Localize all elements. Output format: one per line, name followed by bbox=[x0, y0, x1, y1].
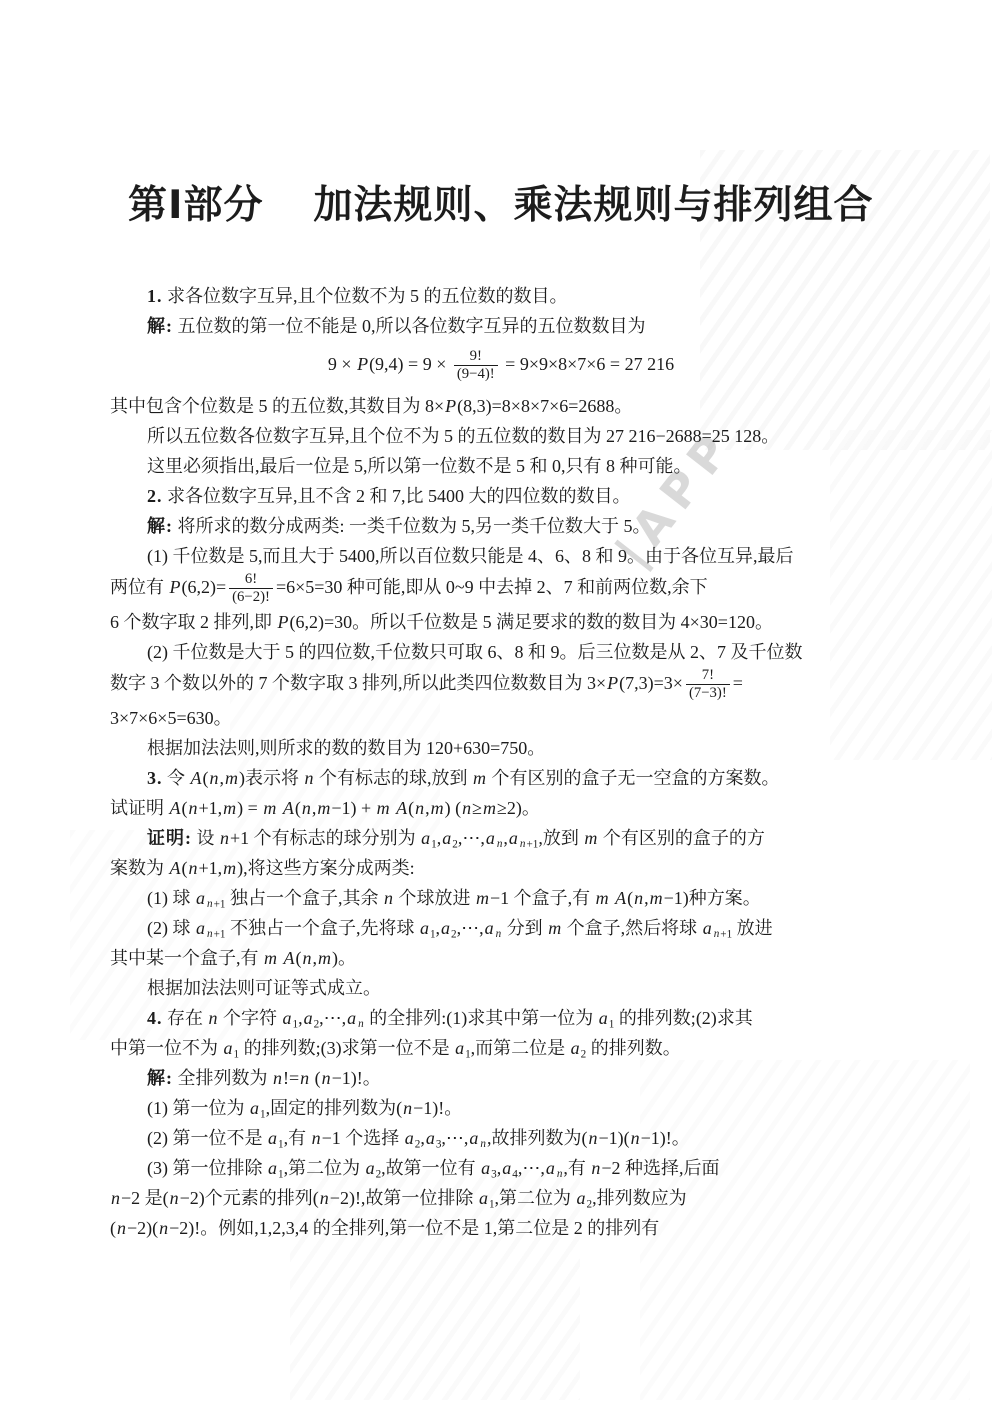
math-variable: n bbox=[304, 768, 315, 788]
math-variable: n bbox=[633, 888, 644, 908]
fraction-numerator: 7! bbox=[686, 667, 730, 684]
subscript: n bbox=[357, 1018, 365, 1030]
section-title: 第Ⅰ部分 加法规则、乘法规则与排列组合 bbox=[128, 186, 874, 225]
math-variable: a bbox=[267, 1158, 278, 1178]
math-variable: n bbox=[188, 858, 199, 878]
text-line: 证明: 设 n+1 个有标志的球分别为 a1,a2,⋯,an,an+1,放到 m… bbox=[110, 823, 892, 853]
math-variable: a bbox=[223, 1038, 234, 1058]
subscript: 1 bbox=[489, 1198, 495, 1210]
math-variable: m bbox=[472, 768, 487, 788]
bold-label: 证明: bbox=[147, 828, 192, 848]
section-number: 第Ⅰ部分 bbox=[128, 186, 264, 225]
subscript: 1 bbox=[260, 1108, 266, 1120]
bold-label: 解: bbox=[147, 1068, 173, 1088]
math-variable: a bbox=[195, 918, 206, 938]
text-line: 解: 全排列数为 n!=n (n−1)!。 bbox=[110, 1063, 892, 1093]
text-line: (3) 第一位排除 a1,第二位为 a2,故第一位有 a3,a4,⋯,an,有 … bbox=[110, 1153, 892, 1183]
math-variable: A bbox=[282, 798, 295, 818]
subscript: 3 bbox=[436, 1138, 442, 1150]
math-variable: n bbox=[587, 1128, 598, 1148]
math-variable: a bbox=[702, 918, 713, 938]
math-variable: a bbox=[440, 918, 451, 938]
math-variable: n bbox=[590, 1158, 601, 1178]
math-variable: a bbox=[425, 1128, 436, 1148]
subscript: 1 bbox=[278, 1168, 284, 1180]
fraction-denominator: (7−3)! bbox=[686, 684, 730, 702]
text-line: 两位有 P(6,2)=6!(6−2)!=6×5=30 种可能,即从 0~9 中去… bbox=[110, 571, 892, 607]
math-variable: n bbox=[299, 1068, 310, 1088]
subscript: 4 bbox=[512, 1168, 518, 1180]
bold-label: 4. bbox=[147, 1008, 163, 1028]
text-line: 3×7×6×5=630。 bbox=[110, 703, 892, 733]
bold-label: 2. bbox=[147, 486, 163, 506]
subscript: 2 bbox=[452, 838, 458, 850]
text-line: 试证明 A(n+1,m) = m A(n,m−1) + m A(n,m) (n≥… bbox=[110, 793, 892, 823]
fraction: 6!(6−2)! bbox=[229, 571, 273, 607]
math-variable: m bbox=[649, 888, 664, 908]
bold-label: 解: bbox=[147, 316, 173, 336]
fraction-denominator: (6−2)! bbox=[229, 588, 273, 606]
math-variable: A bbox=[190, 768, 203, 788]
text-line: 案数为 A(n+1,m),将这些方案分成两类: bbox=[110, 853, 892, 883]
text-line: 其中包含个位数是 5 的五位数,其数目为 8×P(8,3)=8×8×7×6=26… bbox=[110, 391, 892, 421]
text-line: 数字 3 个数以外的 7 个数字取 3 排列,所以此类四位数数目为 3×P(7,… bbox=[110, 667, 892, 703]
subscript: n bbox=[556, 1168, 564, 1180]
subscript: 1 bbox=[293, 1018, 299, 1030]
math-variable: m bbox=[262, 798, 277, 818]
math-variable: m bbox=[583, 828, 598, 848]
math-variable: m bbox=[475, 888, 490, 908]
text-line: (n−2)(n−2)!。例如,1,2,3,4 的全排列,第一位不是 1,第二位是… bbox=[110, 1213, 892, 1243]
text-line: n−2 是(n−2)个元素的排列(n−2)!,故第一位排除 a1,第二位为 a2… bbox=[110, 1183, 892, 1213]
text-line: (1) 千位数是 5,而且大于 5400,所以百位数只能是 4、6、8 和 9。… bbox=[110, 541, 892, 571]
math-variable: n bbox=[208, 1008, 219, 1028]
text-line: (2) 球 an+1 不独占一个盒子,先将球 a1,a2,⋯,an 分到 m 个… bbox=[110, 913, 892, 943]
math-variable: a bbox=[478, 1188, 489, 1208]
text-line: (1) 第一位为 a1,固定的排列数为(n−1)!。 bbox=[110, 1093, 892, 1123]
subscript: n bbox=[496, 838, 504, 850]
math-variable: n bbox=[188, 798, 199, 818]
math-variable: n bbox=[209, 768, 220, 788]
subscript: 1 bbox=[465, 1048, 471, 1060]
math-variable: a bbox=[598, 1008, 609, 1028]
text-line: (1) 球 an+1 独占一个盒子,其余 n 个球放进 m−1 个盒子,有 m … bbox=[110, 883, 892, 913]
math-variable: n bbox=[272, 1068, 283, 1088]
subscript: 2 bbox=[415, 1138, 421, 1150]
math-variable: a bbox=[419, 918, 430, 938]
bold-label: 3. bbox=[147, 768, 163, 788]
subscript: 1 bbox=[431, 838, 437, 850]
math-variable: n bbox=[219, 828, 230, 848]
text-line: 6 个数字取 2 排列,即 P(6,2)=30。所以千位数是 5 满足要求的数的… bbox=[110, 607, 892, 637]
subscript: 1 bbox=[234, 1048, 240, 1060]
scanned-textbook-page: |APP 第Ⅰ部分 加法规则、乘法规则与排列组合 1. 求各位数字互异,且个位数… bbox=[0, 0, 992, 1403]
subscript: 2 bbox=[451, 928, 457, 940]
fraction: 9!(9−4)! bbox=[454, 348, 498, 384]
subscript: 1 bbox=[430, 928, 436, 940]
math-variable: a bbox=[303, 1008, 314, 1028]
subscript: n+1 bbox=[713, 928, 732, 940]
math-variable: P bbox=[356, 354, 369, 374]
math-variable: n bbox=[302, 948, 313, 968]
math-variable: n bbox=[402, 1098, 413, 1118]
math-variable: m bbox=[595, 888, 610, 908]
math-variable: a bbox=[346, 1008, 357, 1028]
subscript: n bbox=[479, 1138, 487, 1150]
math-variable: A bbox=[614, 888, 627, 908]
math-variable: A bbox=[169, 798, 182, 818]
math-variable: P bbox=[277, 612, 290, 632]
subscript: n+1 bbox=[206, 898, 225, 910]
subscript: n+1 bbox=[519, 838, 538, 850]
subscript: n+1 bbox=[206, 928, 225, 940]
text-line: 2. 求各位数字互异,且不含 2 和 7,比 5400 大的四位数的数目。 bbox=[110, 481, 892, 511]
text-line: 3. 令 A(n,m)表示将 n 个有标志的球,放到 m 个有区别的盒子无一空盒… bbox=[110, 763, 892, 793]
bold-label: 解: bbox=[147, 516, 173, 536]
math-variable: a bbox=[282, 1008, 293, 1028]
text-line: 根据加法法则,则所求的数的数目为 120+630=750。 bbox=[110, 733, 892, 763]
math-variable: a bbox=[508, 828, 519, 848]
display-formula: 9 × P(9,4) = 9 × 9!(9−4)! = 9×9×8×7×6 = … bbox=[110, 341, 892, 391]
math-variable: m bbox=[376, 798, 391, 818]
math-variable: m bbox=[482, 798, 497, 818]
math-variable: m bbox=[263, 948, 278, 968]
section-name: 加法规则、乘法规则与排列组合 bbox=[314, 186, 874, 225]
math-variable: m bbox=[316, 798, 331, 818]
math-variable: a bbox=[404, 1128, 415, 1148]
math-variable: P bbox=[444, 396, 457, 416]
math-variable: n bbox=[169, 1188, 180, 1208]
math-variable: a bbox=[249, 1098, 260, 1118]
math-variable: A bbox=[395, 798, 408, 818]
math-variable: a bbox=[545, 1158, 556, 1178]
math-variable: n bbox=[110, 1188, 121, 1208]
math-variable: n bbox=[311, 1128, 322, 1148]
math-variable: a bbox=[468, 1128, 479, 1148]
math-variable: m bbox=[222, 858, 237, 878]
math-variable: n bbox=[630, 1128, 641, 1148]
text-line: (2) 千位数是大于 5 的四位数,千位数只可取 6、8 和 9。后三位数是从 … bbox=[110, 637, 892, 667]
math-variable: a bbox=[267, 1128, 278, 1148]
math-variable: a bbox=[576, 1188, 587, 1208]
math-variable: a bbox=[501, 1158, 512, 1178]
subscript: n bbox=[495, 928, 503, 940]
text-line: 其中某一个盒子,有 m A(n,m)。 bbox=[110, 943, 892, 973]
text-line: 1. 求各位数字互异,且个位数不为 5 的五位数的数目。 bbox=[110, 281, 892, 311]
subscript: 2 bbox=[581, 1048, 587, 1060]
text-line: (2) 第一位不是 a1,有 n−1 个选择 a2,a3,⋯,an,故排列数为(… bbox=[110, 1123, 892, 1153]
math-variable: n bbox=[383, 888, 394, 908]
math-variable: a bbox=[485, 828, 496, 848]
fraction-numerator: 9! bbox=[454, 348, 498, 365]
math-variable: a bbox=[454, 1038, 465, 1058]
subscript: 2 bbox=[314, 1018, 320, 1030]
math-variable: m bbox=[547, 918, 562, 938]
subscript: 3 bbox=[491, 1168, 497, 1180]
math-variable: n bbox=[319, 1188, 330, 1208]
math-variable: n bbox=[301, 798, 312, 818]
subscript: 2 bbox=[587, 1198, 593, 1210]
subscript: 1 bbox=[278, 1138, 284, 1150]
math-variable: n bbox=[321, 1068, 332, 1088]
text-line: 根据加法法则可证等式成立。 bbox=[110, 973, 892, 1003]
page-body: 1. 求各位数字互异,且个位数不为 5 的五位数的数目。解: 五位数的第一位不能… bbox=[110, 281, 892, 1243]
fraction: 7!(7−3)! bbox=[686, 667, 730, 703]
math-variable: a bbox=[365, 1158, 376, 1178]
math-variable: P bbox=[169, 577, 182, 597]
fraction-denominator: (9−4)! bbox=[454, 365, 498, 383]
subscript: 1 bbox=[609, 1018, 615, 1030]
text-line: 中第一位不为 a1 的排列数;(3)求第一位不是 a1,而第二位是 a2 的排列… bbox=[110, 1033, 892, 1063]
bold-label: 1. bbox=[147, 286, 163, 306]
math-variable: n bbox=[158, 1218, 169, 1238]
math-variable: a bbox=[420, 828, 431, 848]
math-variable: A bbox=[169, 858, 182, 878]
text-line: 所以五位数各位数字互异,且个位不为 5 的五位数的数目为 27 216−2688… bbox=[110, 421, 892, 451]
math-variable: a bbox=[441, 828, 452, 848]
math-variable: A bbox=[283, 948, 296, 968]
subscript: 2 bbox=[376, 1168, 382, 1180]
math-variable: m bbox=[430, 798, 445, 818]
math-variable: n bbox=[116, 1218, 127, 1238]
math-variable: m bbox=[317, 948, 332, 968]
math-variable: a bbox=[480, 1158, 491, 1178]
math-variable: n bbox=[414, 798, 425, 818]
text-line: 这里必须指出,最后一位是 5,所以第一位数不是 5 和 0,只有 8 种可能。 bbox=[110, 451, 892, 481]
text-line: 解: 五位数的第一位不能是 0,所以各位数字互异的五位数数目为 bbox=[110, 311, 892, 341]
text-line: 4. 存在 n 个字符 a1,a2,⋯,an 的全排列:(1)求其中第一位为 a… bbox=[110, 1003, 892, 1033]
fraction-numerator: 6! bbox=[229, 571, 273, 588]
math-variable: a bbox=[484, 918, 495, 938]
text-line: 解: 将所求的数分成两类: 一类千位数为 5,另一类千位数大于 5。 bbox=[110, 511, 892, 541]
math-variable: a bbox=[195, 888, 206, 908]
math-variable: m bbox=[222, 798, 237, 818]
math-variable: a bbox=[570, 1038, 581, 1058]
math-variable: m bbox=[224, 768, 239, 788]
math-variable: P bbox=[606, 673, 619, 693]
math-variable: n bbox=[461, 798, 472, 818]
